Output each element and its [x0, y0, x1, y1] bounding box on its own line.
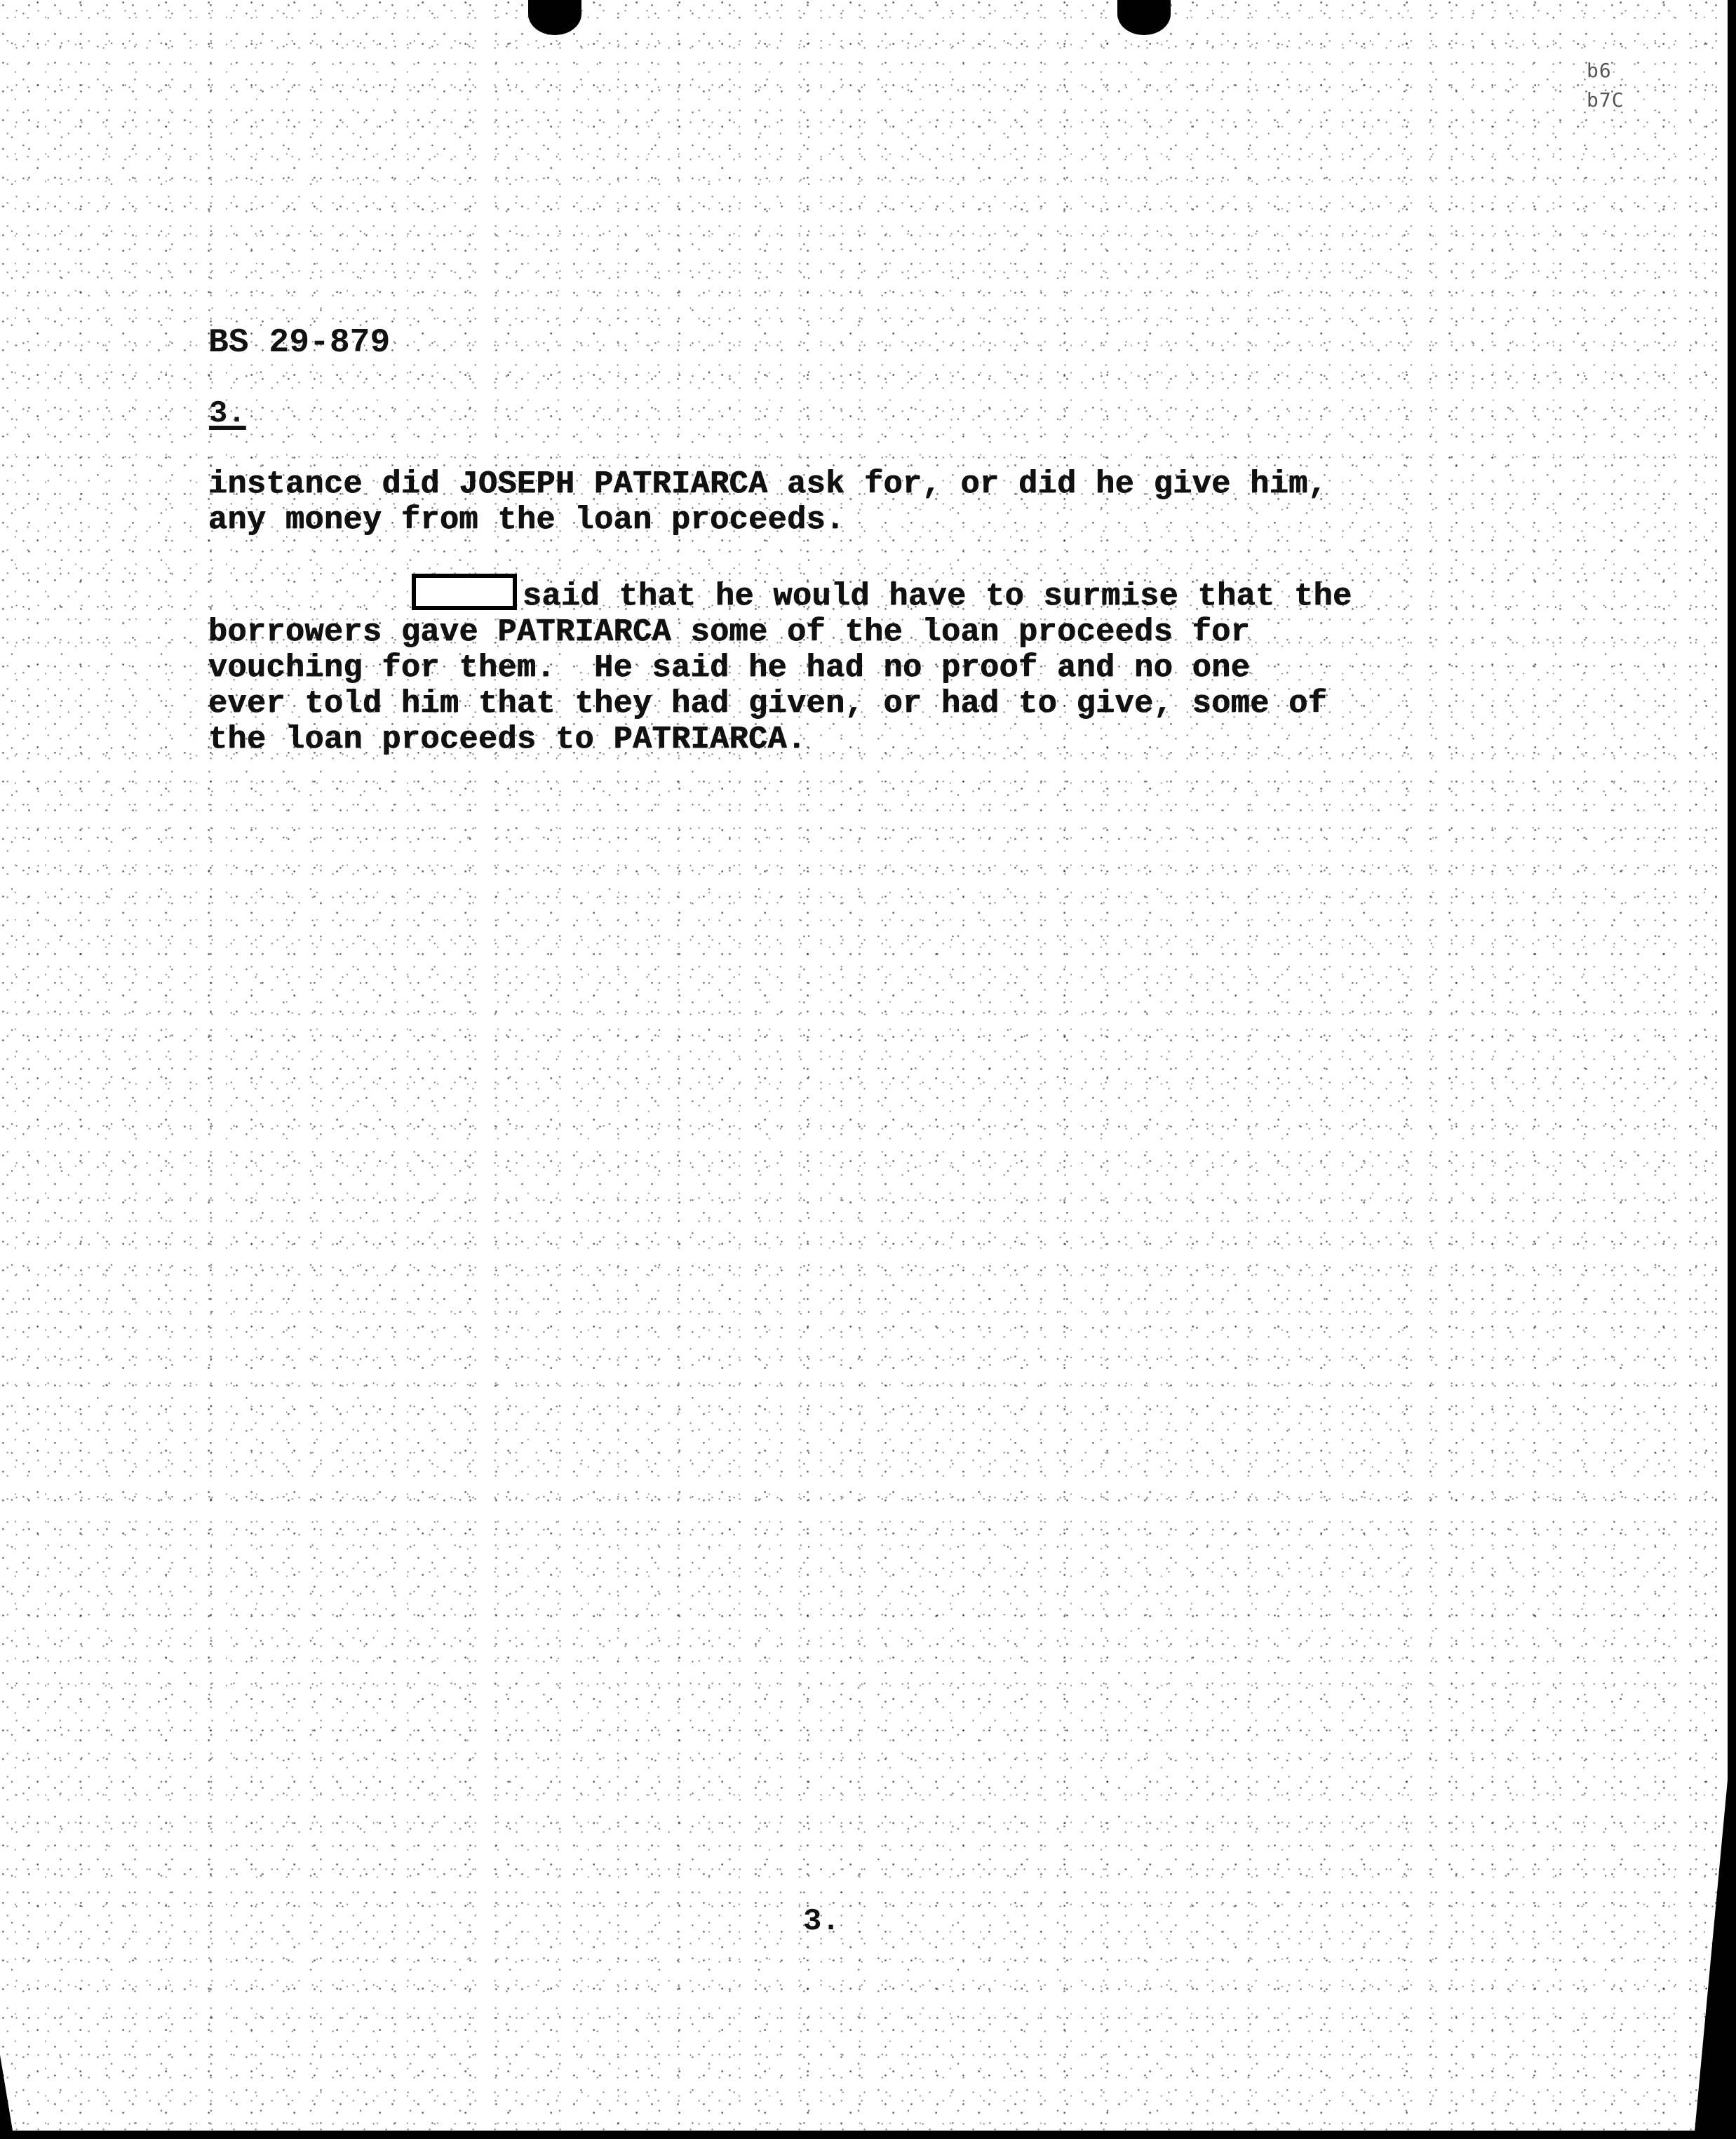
- binder-hole-left: [528, 0, 581, 35]
- paragraph-2-line-1: said that he would have to surmise that …: [208, 574, 1352, 614]
- scan-border-bottom-left: [0, 2055, 14, 2139]
- foia-exemption-b7c: b7C: [1587, 88, 1624, 112]
- redaction-box: [412, 574, 517, 610]
- paragraph-2-first-line-text: said that he would have to surmise that …: [523, 579, 1352, 614]
- paragraph-2-line-2: borrowers gave PATRIARCA some of the loa…: [208, 614, 1352, 650]
- paragraph-2: said that he would have to surmise that …: [208, 574, 1352, 757]
- scanned-document-page: b6 b7C BS 29-879 3. instance did JOSEPH …: [0, 0, 1736, 2139]
- paragraph-1: instance did JOSEPH PATRIARCA ask for, o…: [208, 466, 1327, 538]
- foia-exemption-b6: b6: [1587, 59, 1612, 82]
- paragraph-1-line-1: instance did JOSEPH PATRIARCA ask for, o…: [208, 466, 1327, 502]
- page-number-top: 3.: [209, 396, 246, 431]
- scan-border-right-wedge: [1694, 1690, 1736, 2139]
- paragraph-2-line-5: the loan proceeds to PATRIARCA.: [208, 722, 1352, 757]
- page-number-bottom: 3.: [803, 1904, 840, 1939]
- scan-border-bottom: [0, 2131, 1736, 2139]
- paragraph-2-line-4: ever told him that they had given, or ha…: [208, 686, 1352, 722]
- paragraph-2-line-3: vouching for them. He said he had no pro…: [208, 650, 1352, 686]
- binder-hole-right: [1117, 0, 1171, 35]
- file-number: BS 29-879: [208, 324, 390, 362]
- paragraph-1-line-2: any money from the loan proceeds.: [208, 502, 1327, 538]
